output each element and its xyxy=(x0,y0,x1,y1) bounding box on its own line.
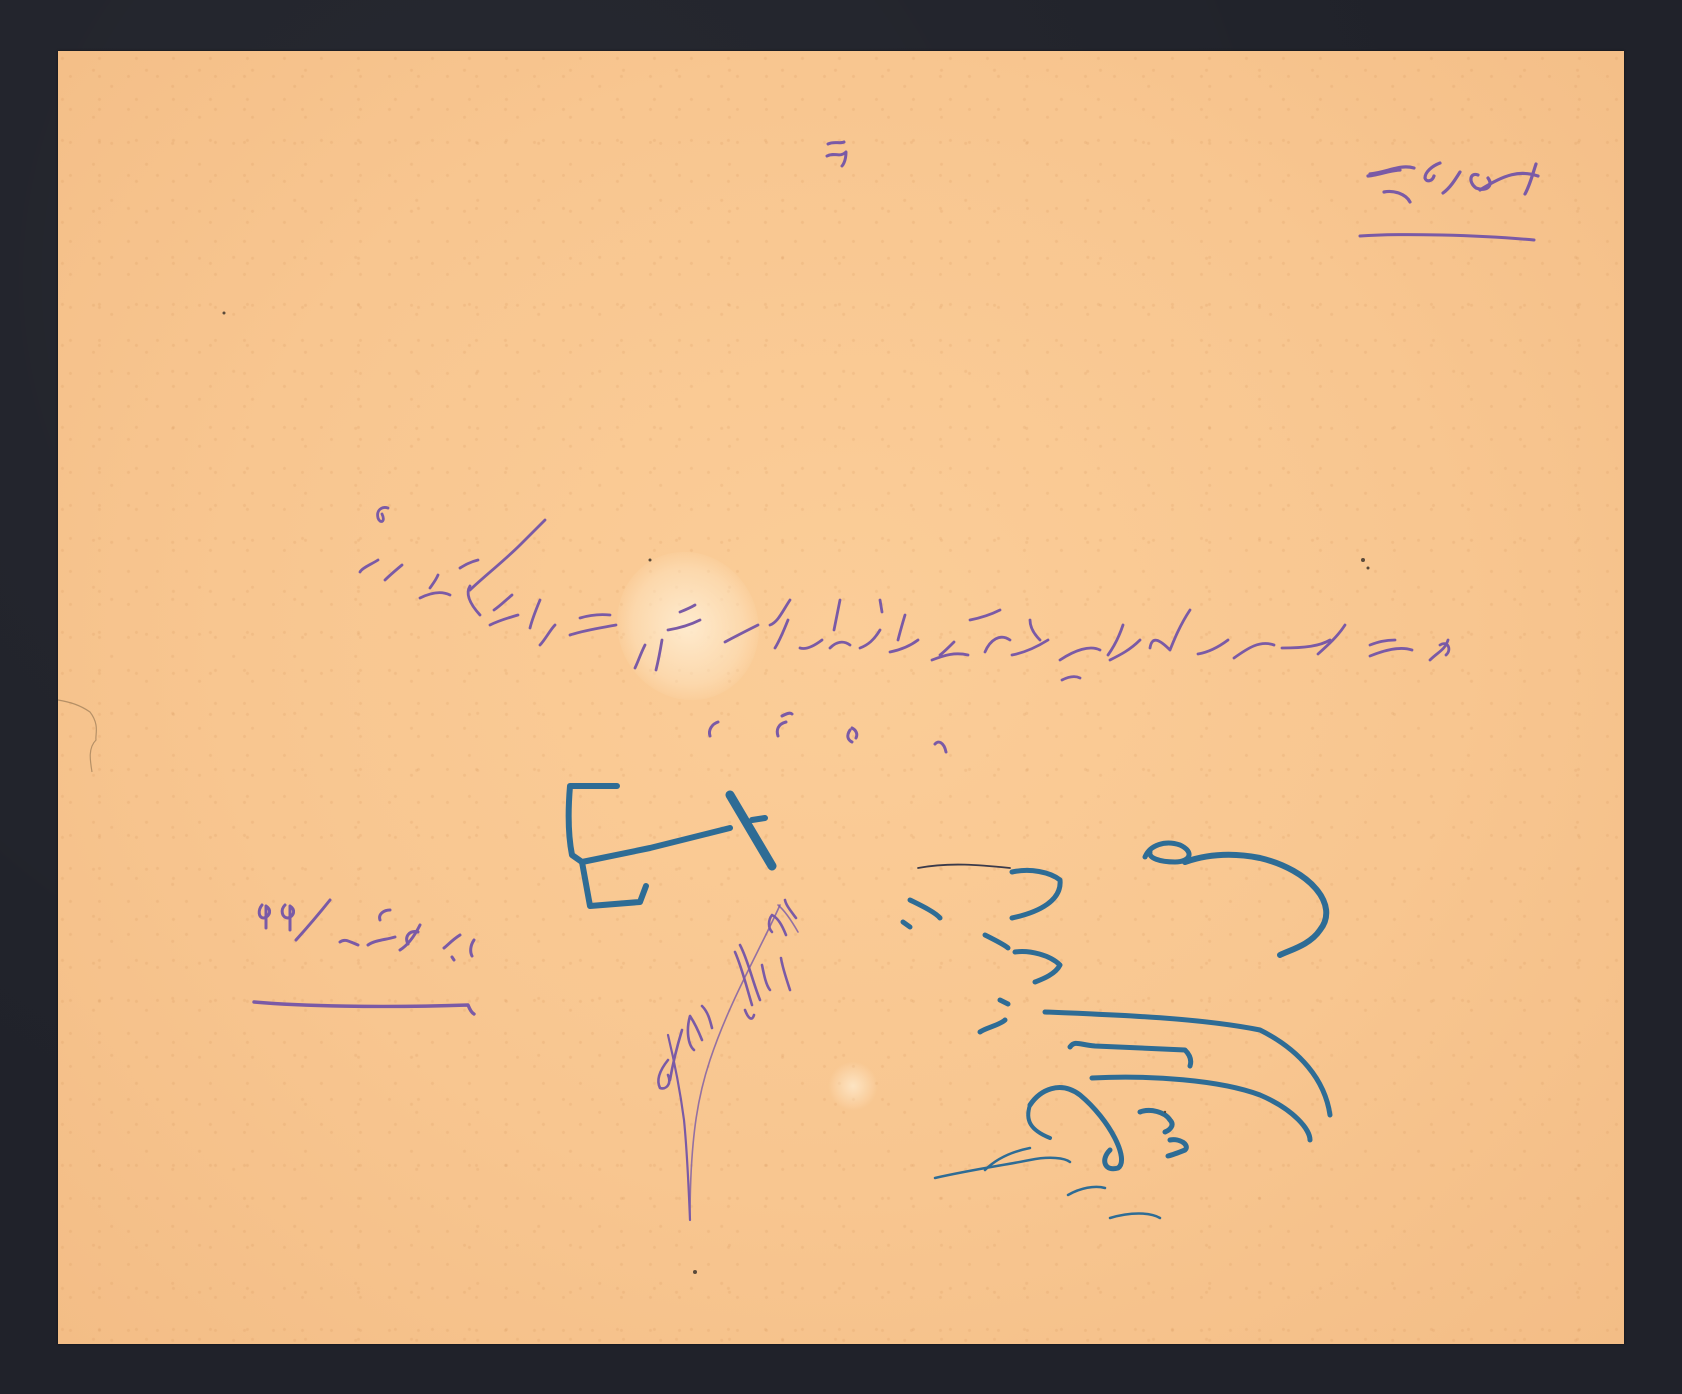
paper-tear xyxy=(58,700,96,772)
blue-signature-ink xyxy=(903,843,1330,1218)
blue-mark-ink xyxy=(569,786,772,906)
top-mark-ink xyxy=(827,142,846,166)
header-note-ink xyxy=(1360,163,1538,240)
main-text-ink xyxy=(360,507,1449,680)
secondary-text-ink xyxy=(709,713,946,752)
diagonal-note-ink xyxy=(658,900,798,1220)
handwriting-layer xyxy=(0,0,1682,1394)
paper-specks xyxy=(223,312,1370,1275)
date-ink xyxy=(254,900,474,1014)
